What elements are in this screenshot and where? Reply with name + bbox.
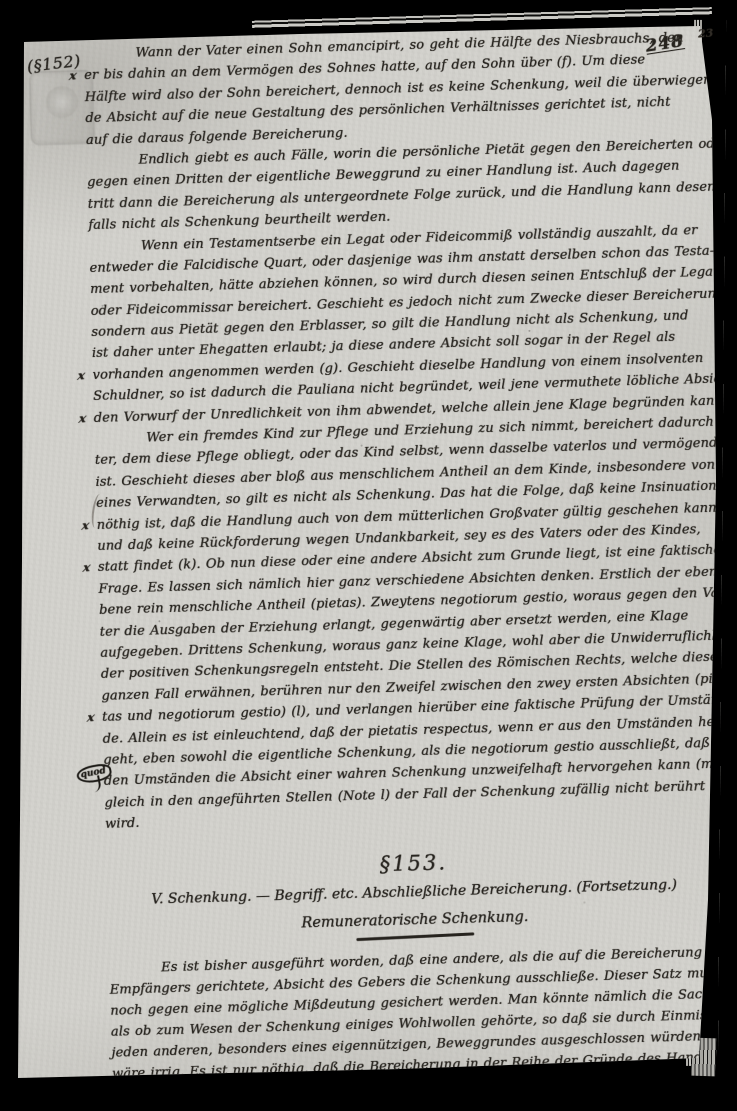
manuscript-page: (§152) 248 Wann der Vater einen Sohn ema… bbox=[0, 0, 737, 1111]
paragraph: Wann der Vater einen Sohn emancipirt, so… bbox=[83, 27, 700, 151]
margin-x-mark: x bbox=[76, 365, 87, 387]
section-heading: §153. V. Schenkung. — Begriff. etc. Absc… bbox=[106, 842, 722, 947]
corner-folio-number: 23 bbox=[698, 26, 714, 40]
margin-x-mark: x bbox=[81, 557, 92, 579]
scan-background: 23 (§152) 248 Wann der Vater einen Sohn … bbox=[0, 0, 737, 1111]
paragraph: Wer ein fremdes Kind zur Pflege und Erzi… bbox=[94, 412, 719, 835]
margin-x-mark: x bbox=[77, 408, 88, 430]
heading-underline bbox=[356, 933, 474, 942]
text-column: Wann der Vater einen Sohn emancipirt, so… bbox=[83, 27, 726, 1085]
margin-x-mark: x bbox=[80, 514, 91, 536]
paragraph: Es ist bisher ausgeführt worden, daß ein… bbox=[109, 942, 726, 1085]
page-content: (§152) 248 Wann der Vater einen Sohn ema… bbox=[0, 0, 737, 1111]
paragraph: Wenn ein Testamentserbe ein Legat oder F… bbox=[89, 219, 708, 429]
margin-x-mark: x bbox=[85, 707, 96, 729]
